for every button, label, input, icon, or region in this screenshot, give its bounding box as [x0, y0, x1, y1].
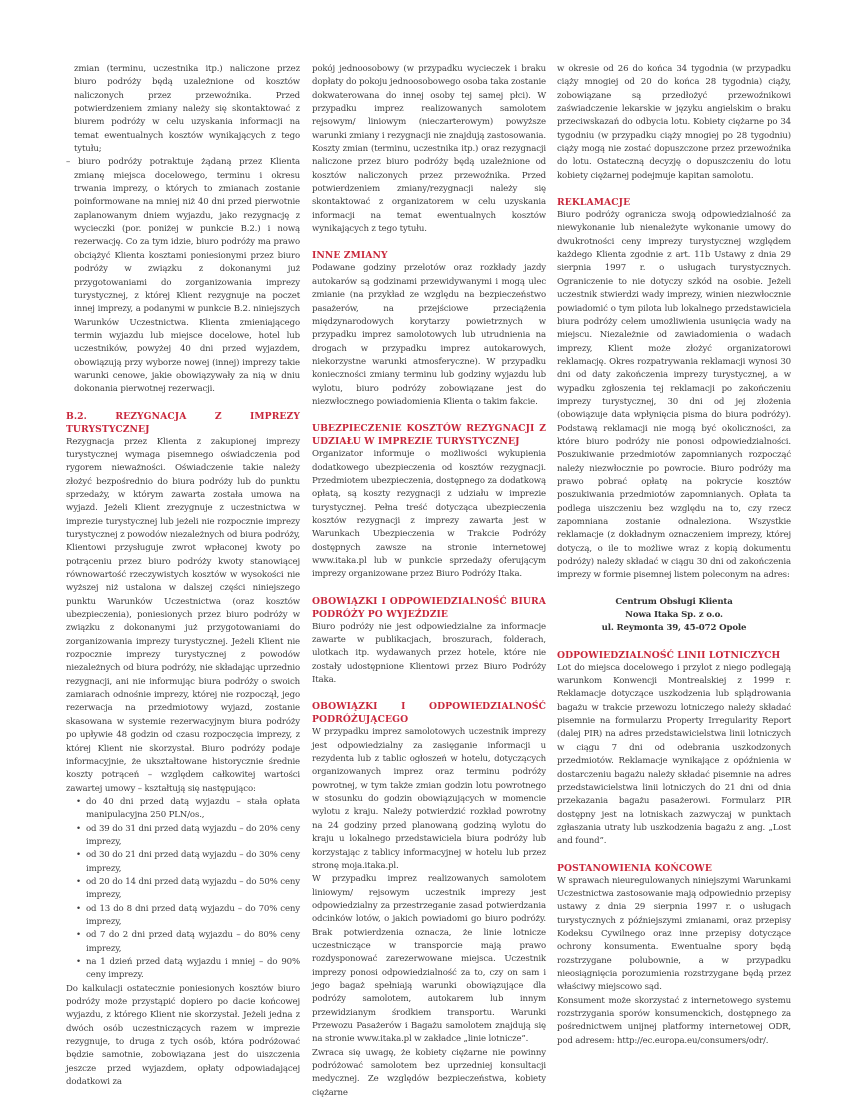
address-line-3: ul. Reymonta 39, 45-072 Opole: [557, 622, 791, 635]
heading-b2-cancellation: B.2. REZYGNACJA Z IMPREZY TURYSTYCZNEJ: [66, 410, 300, 436]
address-line-1: Centrum Obsługi Klienta: [557, 596, 791, 609]
fee-item: od 20 do 14 dni przed datą wyjazdu – do …: [76, 876, 300, 903]
paragraph-single-room: pokój jednoosobowy (w przypadku wyciecze…: [312, 63, 546, 236]
fee-item: od 39 do 31 dni przed datą wyjazdu – do …: [76, 823, 300, 850]
document-page: zmian (terminu, uczestnika itp.) naliczo…: [0, 0, 853, 1110]
fee-item: od 30 do 21 dni przed datą wyjazdu – do …: [76, 849, 300, 876]
fee-item: od 7 do 2 dni przed datą wyjazdu – do 80…: [76, 929, 300, 956]
paragraph-other-changes: Podawane godziny przelotów oraz rozkłady…: [312, 262, 546, 409]
column-1: zmian (terminu, uczestnika itp.) naliczo…: [66, 63, 300, 1089]
fee-item: do 40 dni przed datą wyjazdu – stała opł…: [76, 796, 300, 823]
fee-item: od 13 do 8 dni przed datą wyjazdu – do 7…: [76, 903, 300, 930]
paragraph-complaints: Biuro podróży ogranicza swoją odpowiedzi…: [557, 209, 791, 583]
paragraph-cost-calculation: Do kalkulacji ostatecznie poniesionych k…: [66, 983, 300, 1090]
heading-agency-obligations: OBOWIĄZKI I ODPOWIEDZIALNOŚĆ BIURA PODRÓ…: [312, 595, 546, 621]
paragraph-traveller-obligations-2: W przypadku imprez realizowanych samolot…: [312, 873, 546, 1046]
paragraph-final-provisions-2: Konsument może skorzystać z internetoweg…: [557, 995, 791, 1048]
paragraph-pregnancy: w okresie od 26 do końca 34 tygodnia (w …: [557, 63, 791, 183]
paragraph-final-provisions-1: W sprawach nieuregulowanych niniejszymi …: [557, 875, 791, 995]
column-3: w okresie od 26 do końca 34 tygodnia (w …: [557, 63, 791, 1048]
heading-airline-liability: ODPOWIEDZIALNOŚĆ LINII LOTNICZYCH: [557, 649, 791, 662]
paragraph-cancellation-insurance: Organizator informuje o możliwości wykup…: [312, 448, 546, 581]
heading-traveller-obligations: OBOWIĄZKI I ODPOWIEDZIALNOŚĆ PODRÓŻUJĄCE…: [312, 700, 546, 726]
heading-cancellation-insurance: UBEZPIECZENIE KOSZTÓW REZYGNACJI Z UDZIA…: [312, 422, 546, 448]
heading-other-changes: INNE ZMIANY: [312, 249, 546, 262]
paragraph-destination-change: – biuro podróży potraktuje żądaną przez …: [66, 156, 300, 396]
paragraph-airline-liability: Lot do miejsca docelowego i przylot z ni…: [557, 662, 791, 849]
heading-final-provisions: POSTANOWIENIA KOŃCOWE: [557, 862, 791, 875]
paragraph-traveller-obligations-3: Zwraca się uwagę, że kobiety ciężarne ni…: [312, 1047, 546, 1100]
paragraph-change-costs: zmian (terminu, uczestnika itp.) naliczo…: [66, 63, 300, 156]
paragraph-agency-obligations: Biuro podróży nie jest odpowiedzialne za…: [312, 621, 546, 688]
column-2: pokój jednoosobowy (w przypadku wyciecze…: [312, 63, 546, 1100]
fee-item: na 1 dzień przed datą wyjazdu i mniej – …: [76, 956, 300, 983]
fee-list: do 40 dni przed datą wyjazdu – stała opł…: [66, 796, 300, 983]
heading-complaints: REKLAMACJE: [557, 196, 791, 209]
paragraph-traveller-obligations-1: W przypadku imprez samolotowych uczestni…: [312, 726, 546, 873]
customer-service-address: Centrum Obsługi Klienta Nowa Itaka Sp. z…: [557, 596, 791, 636]
address-line-2: Nowa Itaka Sp. z o.o.: [557, 609, 791, 622]
paragraph-b2-cancellation: Rezygnacja przez Klienta z zakupionej im…: [66, 436, 300, 796]
